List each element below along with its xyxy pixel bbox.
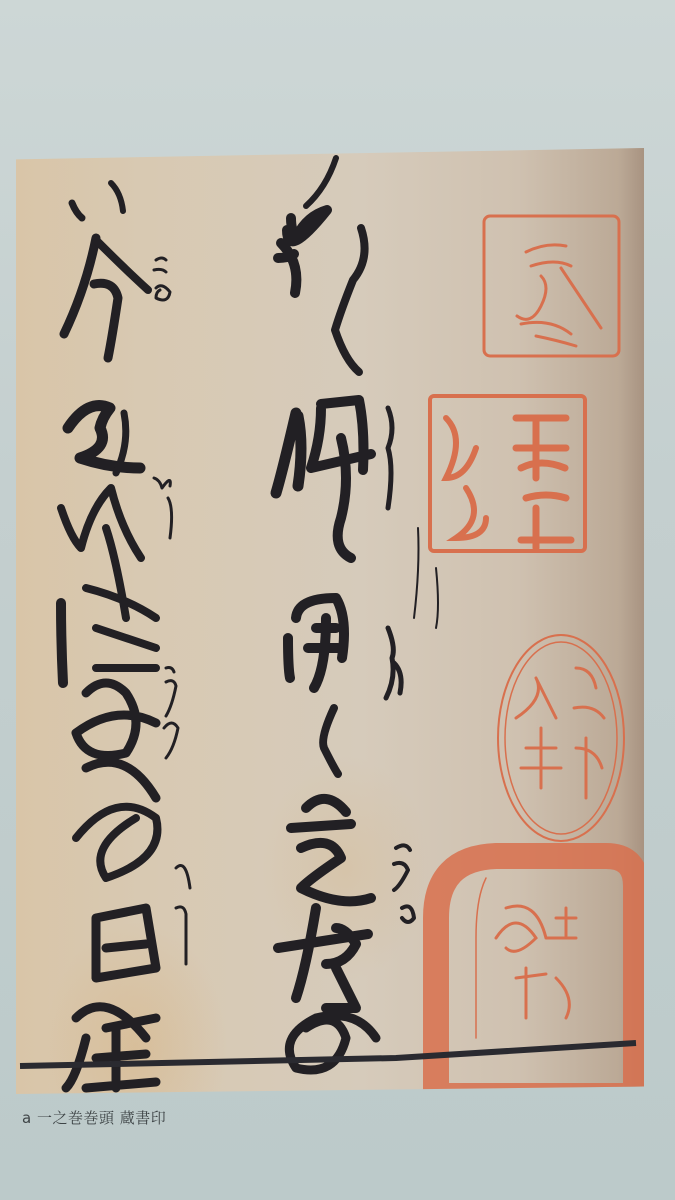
figure-caption: a 一之巻巻頭 蔵書印	[22, 1107, 166, 1128]
middle-text-column	[276, 158, 438, 1070]
seals	[430, 216, 636, 1094]
calligraphy-drawing	[16, 148, 644, 1094]
manuscript-photo	[16, 148, 644, 1094]
left-text-column	[61, 183, 190, 1088]
